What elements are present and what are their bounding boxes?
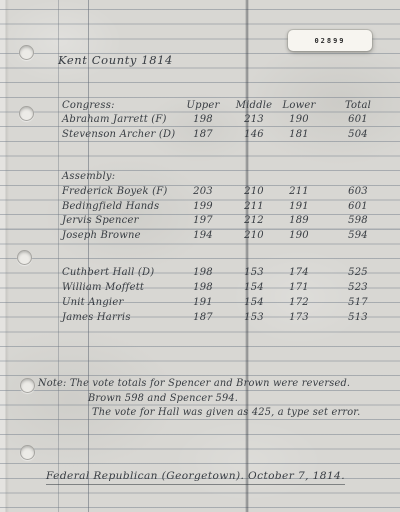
row-name: William Moffett [62,281,144,295]
row-name: Joseph Browne [62,229,141,243]
center-crease [245,0,249,512]
catalog-sticker: 02899 [288,30,372,51]
cell-upper: 203 [180,185,226,199]
row-name: James Harris [62,311,131,325]
page-title: Kent County 1814 [58,53,173,67]
cell-middle: 211 [231,200,277,214]
cell-middle: 154 [231,296,277,310]
cell-total: 517 [334,296,382,310]
cell-total: 513 [334,311,382,325]
cell-total: 601 [334,113,382,127]
cell-upper: 198 [180,113,226,127]
cell-lower: 181 [276,128,322,142]
margin-line [58,0,59,512]
note-line-2: Brown 598 and Spencer 594. [88,392,238,406]
punch-hole-3 [17,250,32,265]
table-row: Unit Angier 191 154 172 517 [0,296,400,310]
cell-total: 603 [334,185,382,199]
column-header-lower: Lower [276,99,322,113]
cell-total: 504 [334,128,382,142]
row-name: Unit Angier [62,296,123,310]
row-name: Stevenson Archer (D) [62,128,175,142]
cell-lower: 190 [276,229,322,243]
table-row: Joseph Browne 194 210 190 594 [0,229,400,243]
cell-upper: 187 [180,128,226,142]
cell-total: 594 [334,229,382,243]
note-line-3: The vote for Hall was given as 425, a ty… [92,406,360,420]
row-name: Cuthbert Hall (D) [62,266,154,280]
cell-lower: 190 [276,113,322,127]
cell-total: 523 [334,281,382,295]
cell-total: 601 [334,200,382,214]
note-line-1: Note: The vote totals for Spencer and Br… [38,377,350,391]
assembly-heading: Assembly: [62,170,115,184]
cell-upper: 198 [180,281,226,295]
row-name: Bedingfield Hands [62,200,159,214]
ruled-lines [0,9,400,512]
cell-lower: 173 [276,311,322,325]
margin-line-secondary [88,0,89,512]
table-row: Frederick Boyek (F) 203 210 211 603 [0,185,400,199]
source-citation: Federal Republican (Georgetown). October… [46,469,345,485]
table-row: Bedingfield Hands 199 211 191 601 [0,200,400,214]
table-row: Abraham Jarrett (F) 198 213 190 601 [0,113,400,127]
cell-upper: 198 [180,266,226,280]
punch-hole-1 [19,45,34,60]
cell-middle: 210 [231,229,277,243]
cell-lower: 171 [276,281,322,295]
row-name: Frederick Boyek (F) [62,185,168,199]
cell-middle: 213 [231,113,277,127]
column-header-upper: Upper [180,99,226,113]
column-header-middle: Middle [231,99,277,113]
table-row: Jervis Spencer 197 212 189 598 [0,214,400,228]
cell-total: 525 [334,266,382,280]
row-name: Abraham Jarrett (F) [62,113,167,127]
congress-heading: Congress: [62,99,115,113]
congress-header-row: Congress: Upper Middle Lower Total [0,99,400,113]
punch-hole-5 [20,445,35,460]
catalog-number: 02899 [314,37,345,45]
row-name: Jervis Spencer [62,214,139,228]
cell-upper: 199 [180,200,226,214]
notebook-page: 02899 Kent County 1814 Congress: Upper M… [0,0,400,512]
cell-middle: 212 [231,214,277,228]
column-header-total: Total [334,99,382,113]
table-row: William Moffett 198 154 171 523 [0,281,400,295]
cell-lower: 174 [276,266,322,280]
cell-middle: 146 [231,128,277,142]
cell-lower: 189 [276,214,322,228]
cell-middle: 154 [231,281,277,295]
cell-lower: 172 [276,296,322,310]
cell-middle: 210 [231,185,277,199]
cell-upper: 191 [180,296,226,310]
assembly-heading-row: Assembly: [0,170,400,184]
cell-upper: 197 [180,214,226,228]
cell-lower: 191 [276,200,322,214]
cell-middle: 153 [231,266,277,280]
cell-upper: 194 [180,229,226,243]
cell-middle: 153 [231,311,277,325]
table-row: Cuthbert Hall (D) 198 153 174 525 [0,266,400,280]
punch-hole-4 [20,378,35,393]
table-row: Stevenson Archer (D) 187 146 181 504 [0,128,400,142]
cell-total: 598 [334,214,382,228]
cell-upper: 187 [180,311,226,325]
cell-lower: 211 [276,185,322,199]
table-row: James Harris 187 153 173 513 [0,311,400,325]
